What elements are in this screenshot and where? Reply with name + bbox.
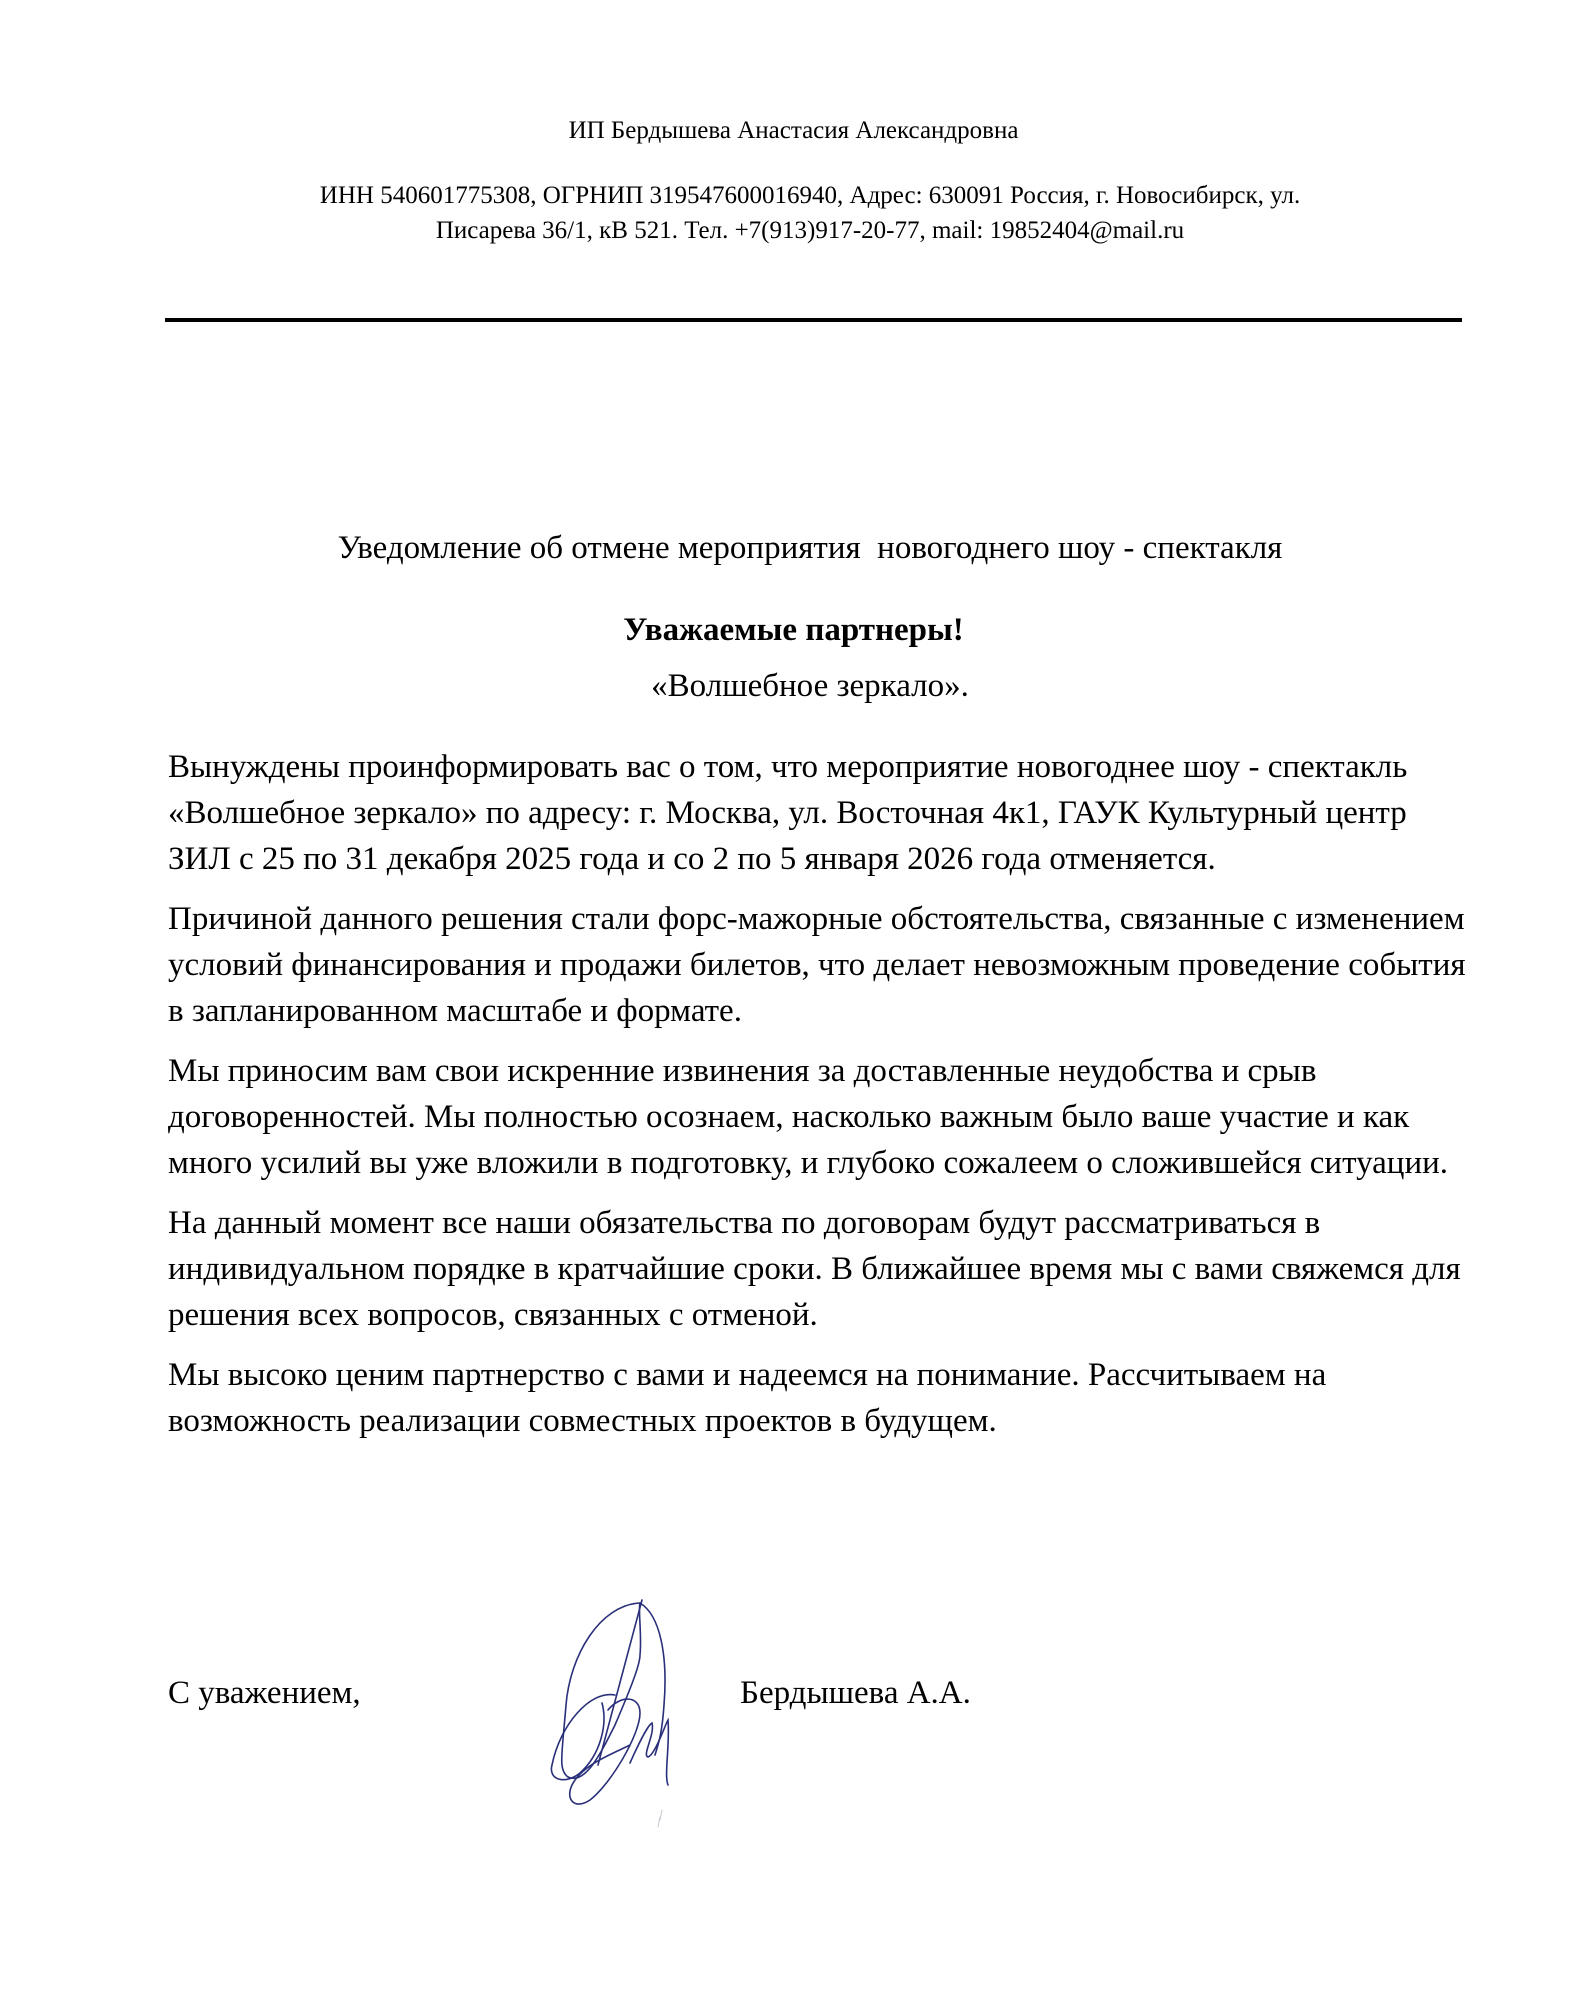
document-title-line2: «Волшебное зеркало».	[230, 663, 1390, 709]
paragraph: Причиной данного решения стали форс-мажо…	[168, 896, 1468, 1034]
handwritten-signature	[490, 1595, 710, 1835]
document-title: Уведомление об отмене мероприятия нового…	[230, 433, 1390, 755]
letterhead-details-line1: ИНН 540601775308, ОГРНИП 319547600016940…	[200, 178, 1420, 213]
paragraph: Вынуждены проинформировать вас о том, чт…	[168, 744, 1468, 882]
paragraph: Мы высоко ценим партнерство с вами и над…	[168, 1352, 1468, 1444]
letter-body: Вынуждены проинформировать вас о том, чт…	[168, 744, 1468, 1458]
header-divider	[165, 318, 1462, 322]
letterhead-details: ИНН 540601775308, ОГРНИП 319547600016940…	[200, 178, 1420, 248]
letterhead-details-line2: Писарева 36/1, кВ 521. Тел. +7(913)917-2…	[200, 213, 1420, 248]
document-title-line1: Уведомление об отмене мероприятия нового…	[230, 525, 1390, 571]
greeting: Уважаемые партнеры!	[0, 612, 1587, 649]
letterhead-name: ИП Бердышева Анастасия Александровна	[0, 117, 1587, 145]
closing-salutation: С уважением,	[168, 1675, 361, 1712]
signatory-name: Бердышева А.А.	[740, 1675, 971, 1712]
paragraph: Мы приносим вам свои искренние извинения…	[168, 1048, 1468, 1186]
paragraph: На данный момент все наши обязательства …	[168, 1200, 1468, 1338]
